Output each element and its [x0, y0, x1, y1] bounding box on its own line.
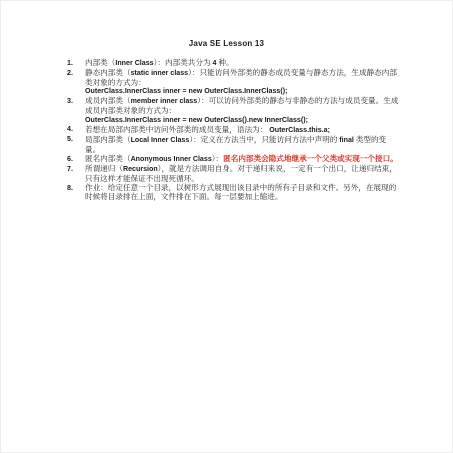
text-segment: 作业：给定任意一个目录，以树形方式展现出该目录中的所有子目录和文件。另外，在展现… [85, 183, 396, 201]
text-segment: 成员内部类（ [85, 96, 131, 105]
item-text: 所谓递归（Recursion），就是方法调用自身。对于递归来说，一定有一个出口，… [85, 164, 397, 183]
text-segment: 所谓递归（ [85, 164, 123, 173]
item-text: 内部类（Inner Class）：内部类共分为 4 种。 [85, 58, 234, 67]
list-item: 2.静态内部类（static inner class）：只能访问外部类的静态成员… [67, 68, 400, 96]
text-segment: OuterClass.this.a; [267, 126, 330, 134]
document-page: Java SE Lesson 13 1.内部类（Inner Class）：内部类… [0, 0, 453, 453]
item-text: 局部内部类（Local Inner Class）：定义在方法当中，只能访问方法中… [85, 135, 386, 154]
item-number: 3. [67, 97, 73, 106]
item-number: 8. [67, 184, 73, 193]
text-segment: Local Inner Class [131, 136, 190, 144]
text-segment: 匿名内部类（ [85, 154, 131, 163]
numbered-list: 1.内部类（Inner Class）：内部类共分为 4 种。2.静态内部类（st… [67, 58, 400, 201]
item-number: 1. [67, 59, 73, 68]
text-segment: 种。 [216, 58, 233, 67]
text-segment: 静态内部类（ [85, 68, 131, 77]
text-segment: 局部内部类（ [85, 135, 131, 144]
text-segment: Recursion [123, 165, 158, 173]
list-item: 1.内部类（Inner Class）：内部类共分为 4 种。 [67, 58, 400, 68]
highlighted-text: 匿名内部类会隐式地继承一个父类或实现一个接口。 [223, 154, 398, 163]
item-text: 静态内部类（static inner class）：只能访问外部类的静态成员变量… [85, 68, 397, 87]
text-segment: ）：定义在方法当中，只能访问方法中声明的 [189, 135, 339, 144]
item-number: 2. [67, 69, 73, 78]
list-item: 6.匿名内部类（Anonymous Inner Class）：匿名内部类会隐式地… [67, 154, 400, 164]
text-segment: static inner class [131, 69, 189, 77]
item-number: 6. [67, 155, 73, 164]
text-segment: Anonymous Inner Class [131, 155, 212, 163]
list-item: 7.所谓递归（Recursion），就是方法调用自身。对于递归来说，一定有一个出… [67, 164, 400, 183]
list-item: 4.若想在局部内部类中访问外部类的成员变量，语法为： OuterClass.th… [67, 125, 400, 135]
text-segment: member inner class [131, 97, 198, 105]
code-line: OuterClass.InnerClass inner = new OuterC… [85, 87, 400, 96]
text-segment: 若想在局部内部类中访问外部类的成员变量，语法为： [85, 125, 267, 134]
item-text: 成员内部类（member inner class）：可以访问外部类的静态与非静态… [85, 96, 398, 115]
item-number: 4. [67, 125, 73, 134]
list-item: 8.作业：给定任意一个目录，以树形方式展现出该目录中的所有子目录和文件。另外，在… [67, 183, 400, 201]
item-number: 5. [67, 135, 73, 144]
list-item: 5.局部内部类（Local Inner Class）：定义在方法当中，只能访问方… [67, 135, 400, 154]
text-segment: Inner Class [115, 59, 153, 67]
item-text: 若想在局部内部类中访问外部类的成员变量，语法为： OuterClass.this… [85, 125, 330, 134]
text-segment: ）：内部类共分为 [154, 58, 213, 67]
item-text: 匿名内部类（Anonymous Inner Class）：匿名内部类会隐式地继承… [85, 154, 398, 163]
text-segment: final [339, 136, 354, 144]
list-item: 3.成员内部类（member inner class）：可以访问外部类的静态与非… [67, 96, 400, 124]
document-title: Java SE Lesson 13 [1, 39, 452, 48]
code-line: OuterClass.InnerClass inner = new OuterC… [85, 116, 400, 125]
item-text: 作业：给定任意一个目录，以树形方式展现出该目录中的所有子目录和文件。另外，在展现… [85, 183, 396, 201]
text-segment: ）： [212, 154, 223, 163]
item-number: 7. [67, 165, 73, 174]
text-segment: 内部类（ [85, 58, 115, 67]
